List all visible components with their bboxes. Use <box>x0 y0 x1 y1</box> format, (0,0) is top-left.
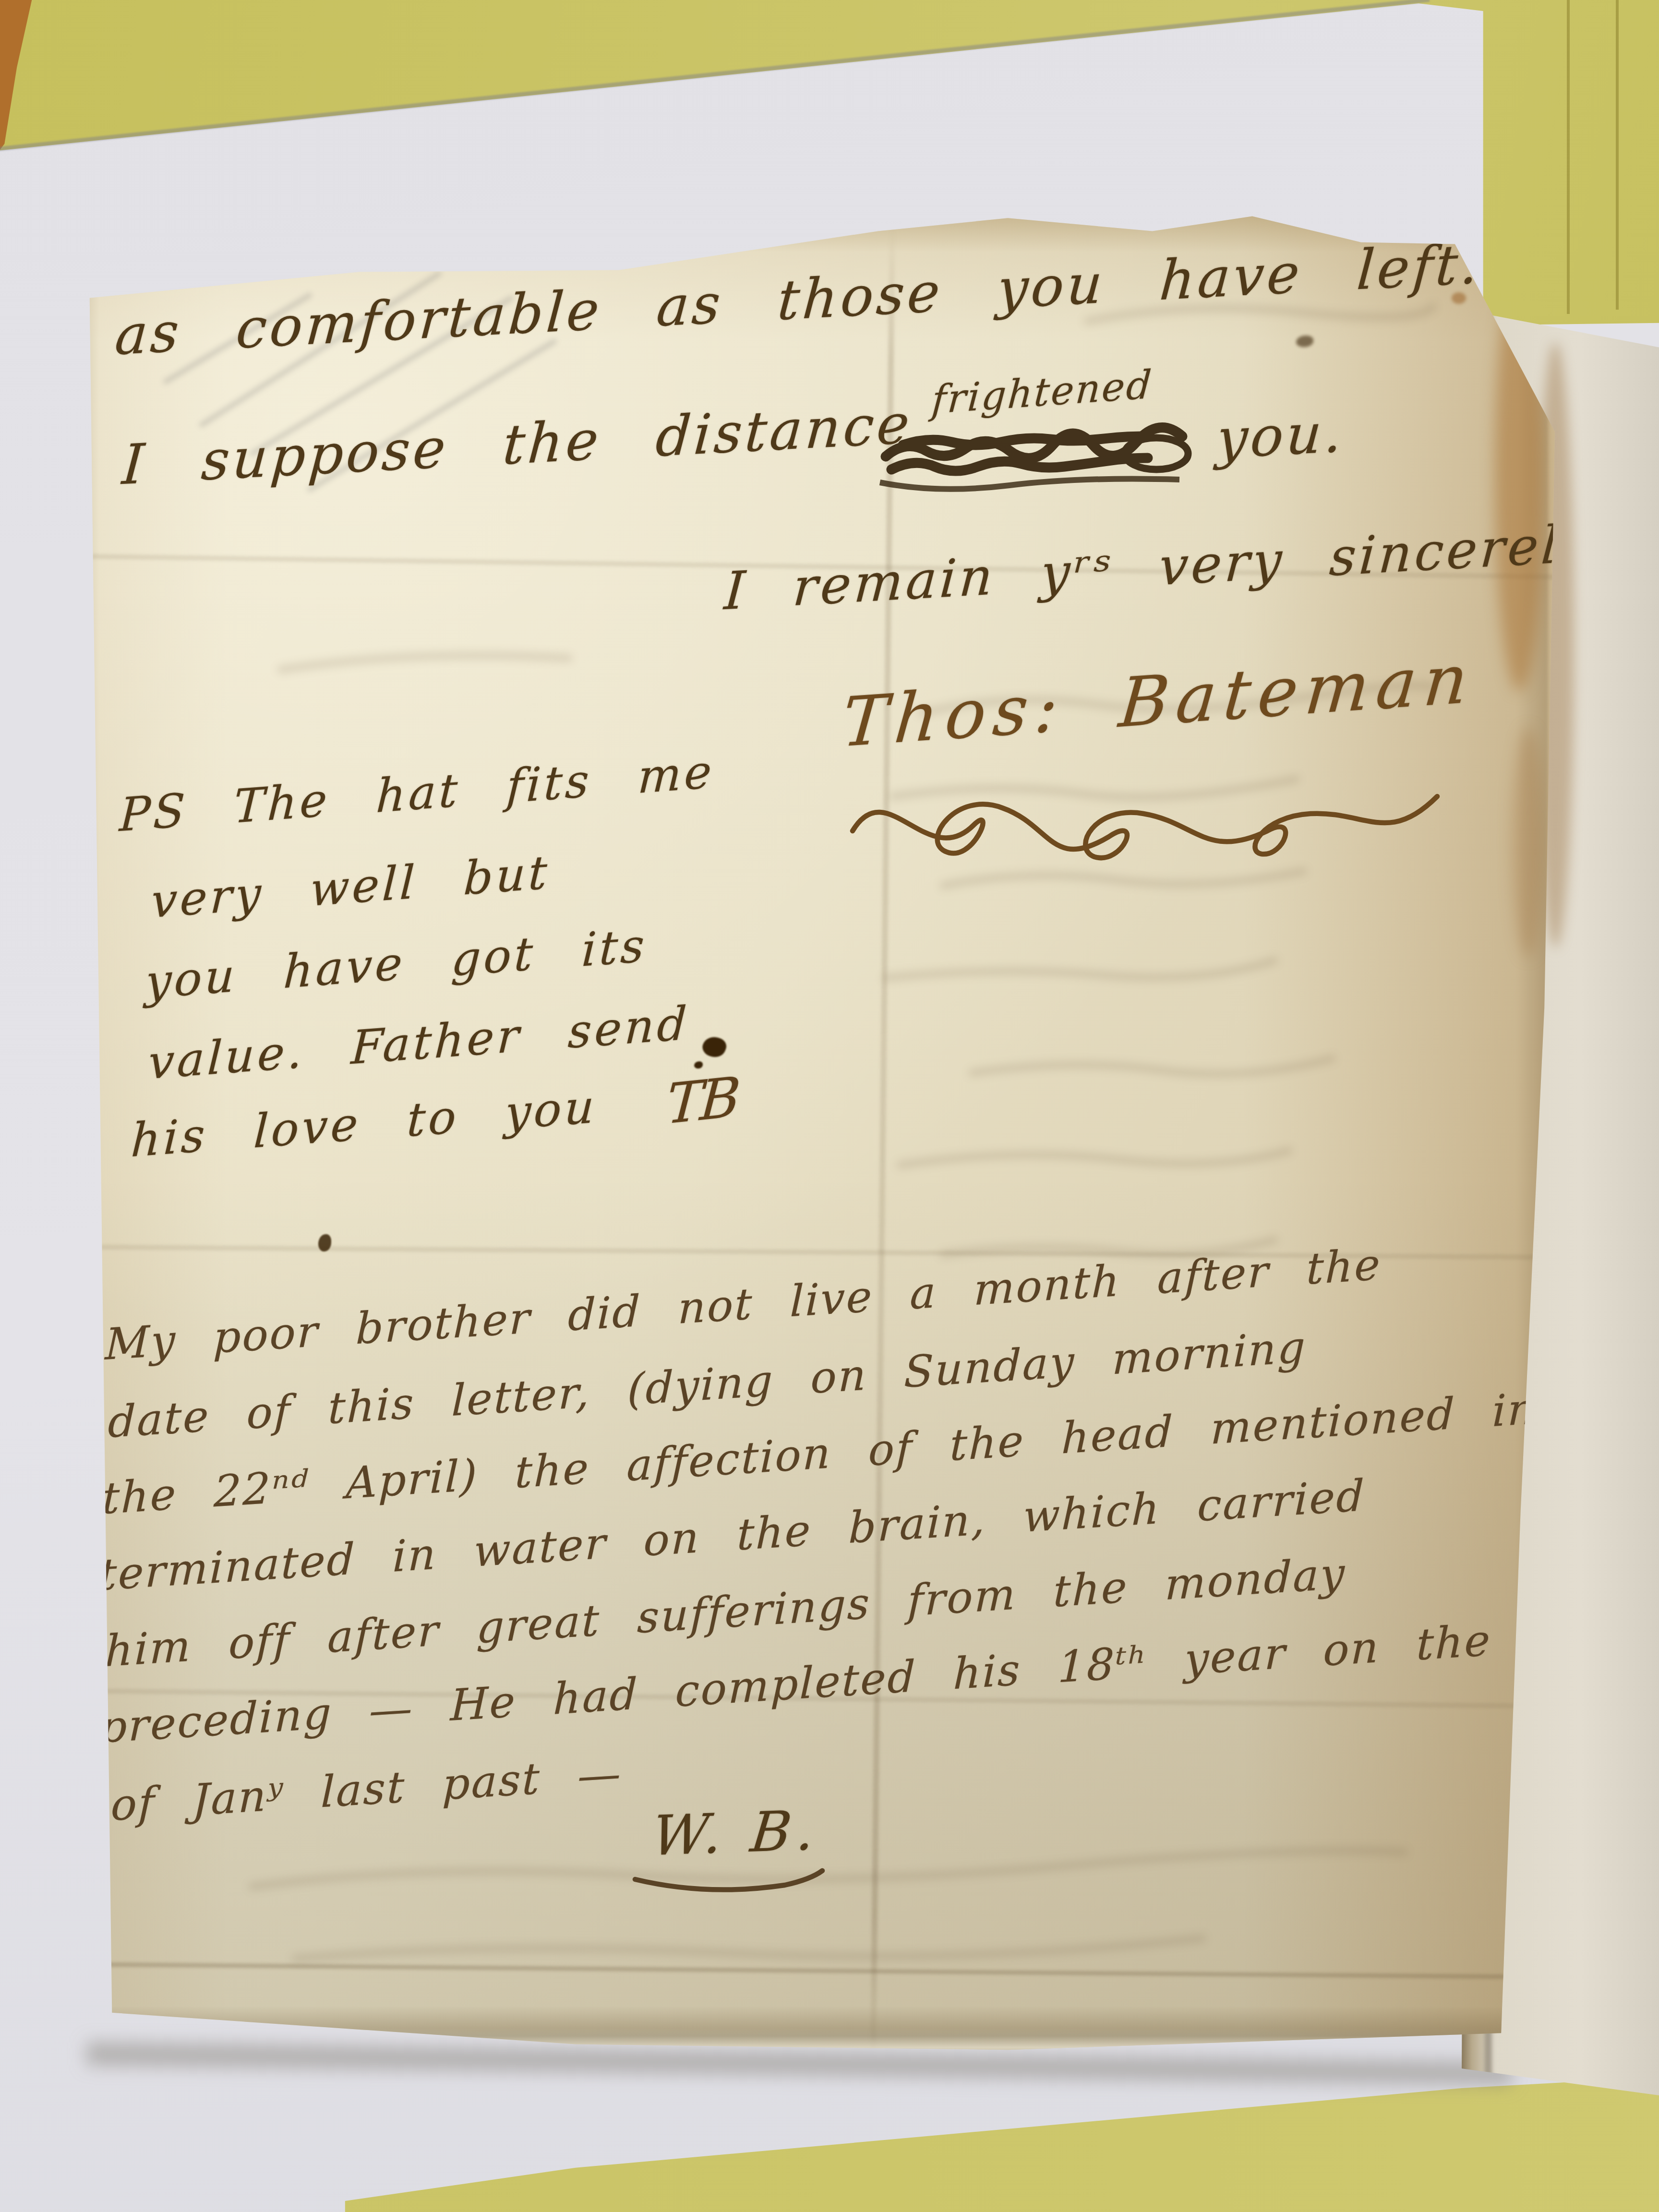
ps-initials: TB <box>664 1065 739 1137</box>
note-initials: W. B. <box>649 1799 823 1868</box>
letter-page: as comfortable as those you have left. I… <box>79 209 1570 2067</box>
photograph: as comfortable as those you have left. I… <box>0 0 1659 2212</box>
letter-shadow <box>86 2042 1512 2085</box>
initials-underline <box>626 1859 842 1894</box>
letter-line-2-end: you. <box>1214 401 1347 471</box>
folder-crease <box>1567 0 1570 314</box>
scribbled-out-word <box>874 425 1198 491</box>
folder-crease <box>1616 0 1619 310</box>
signature-flourish <box>835 782 1455 871</box>
